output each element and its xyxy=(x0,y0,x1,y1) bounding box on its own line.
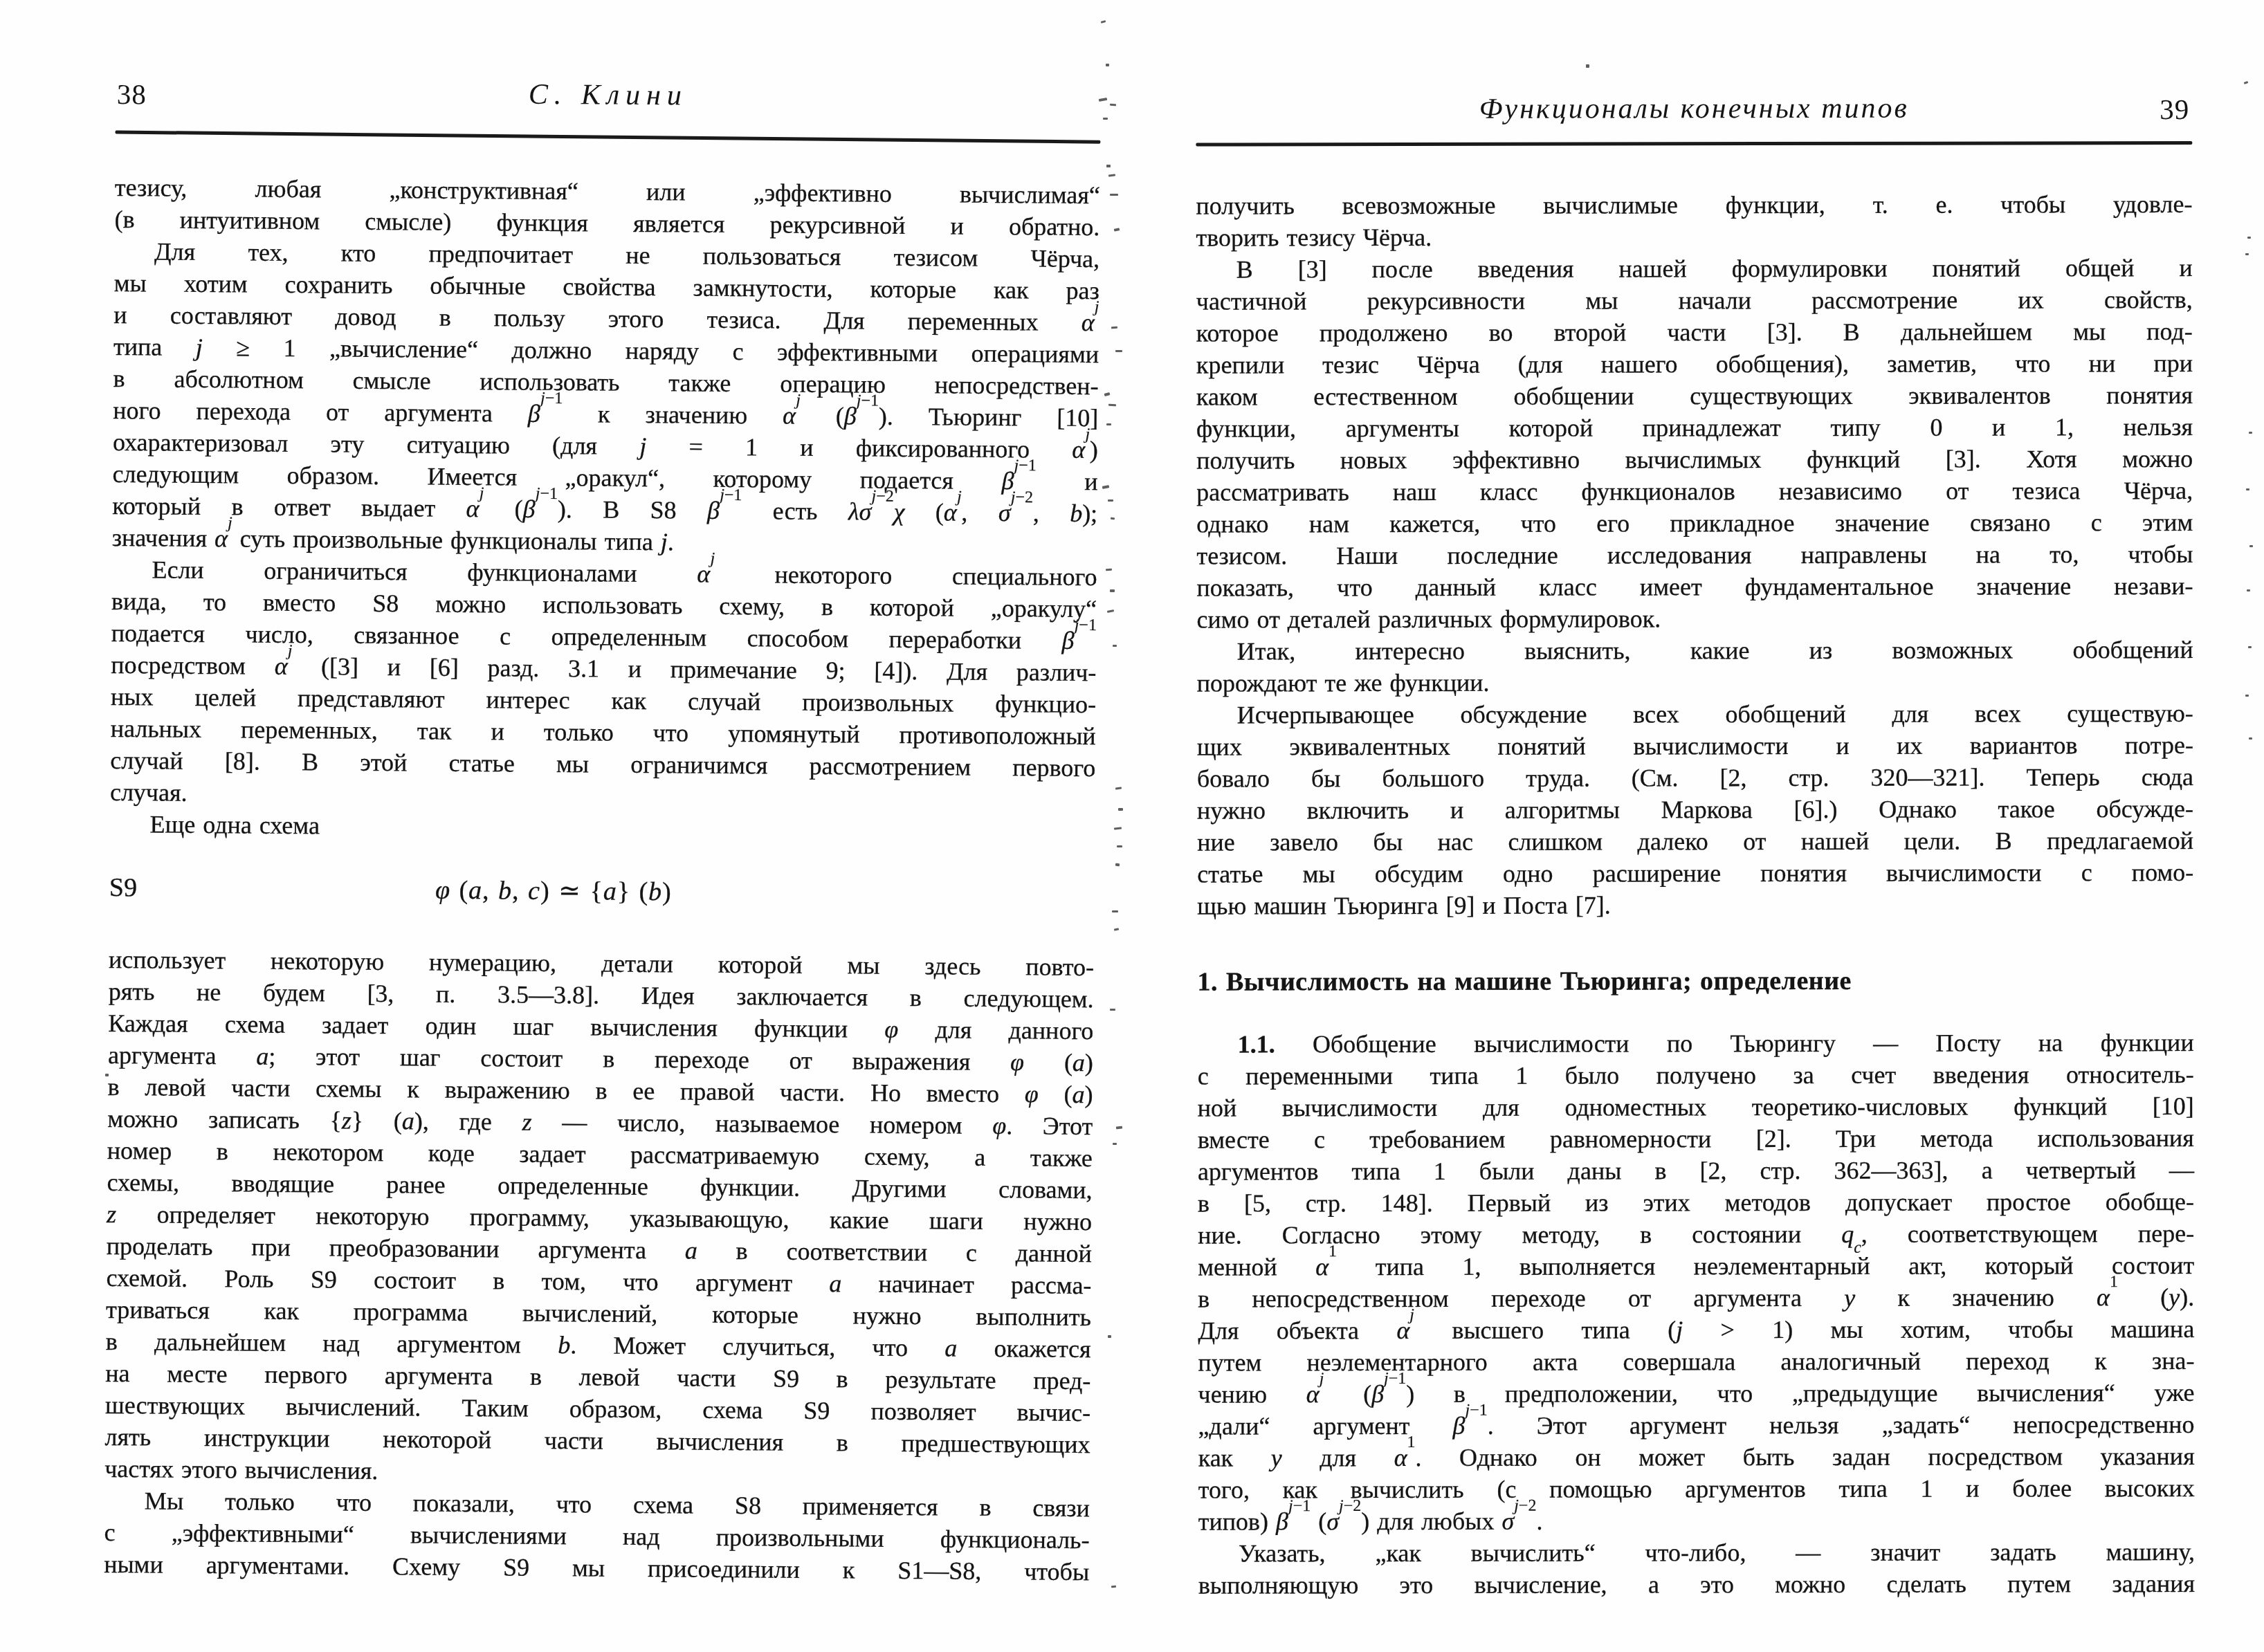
text-line: Для объекта αj высшего типа (j > 1) мы х… xyxy=(1198,1313,2194,1347)
scan-speck xyxy=(1099,98,1108,102)
scan-speck xyxy=(1114,228,1120,232)
right-page-body: получить всевозможные вычислимые функции… xyxy=(1196,188,2195,1601)
text-line: нужно включить и алгоритмы Маркова [6].)… xyxy=(1197,793,2193,827)
text-line: тезисом. Наши последние исследования нап… xyxy=(1196,538,2193,572)
text-line: порождают те же функции. xyxy=(1197,666,2193,699)
scan-speck xyxy=(1106,165,1111,167)
text-line: в [5, стр. 148]. Первый из этих методов … xyxy=(1198,1186,2194,1220)
text-line: в непосредственном переходе от аргумента… xyxy=(1198,1281,2194,1315)
scan-speck xyxy=(1112,910,1118,912)
right-page-header: Функционалы конечных типов 39 xyxy=(1196,0,2192,190)
text-line: однако нам кажется, что его прикладное з… xyxy=(1196,506,2193,540)
text-line: частичной рекурсивности мы начали рассмо… xyxy=(1196,284,2193,318)
page-number: 39 xyxy=(2160,93,2189,126)
scan-speck xyxy=(1114,827,1122,830)
text-line: симо от деталей различных формулировок. xyxy=(1197,602,2193,636)
scan-speck xyxy=(1113,1143,1117,1145)
header-rule xyxy=(115,131,1100,144)
schema-formula: φ (a, b, c) ≃ {a} (b) xyxy=(109,872,998,910)
text-line: вместе с требованием равномерности [2]. … xyxy=(1198,1122,2194,1156)
scan-speck xyxy=(2249,545,2253,547)
text-line: функции, аргументы которой принадлежат т… xyxy=(1196,411,2193,445)
text-line: путем неэлементарного акта совершала ана… xyxy=(1198,1345,2194,1379)
section-heading: 1. Вычислимость на машине Тьюринга; опре… xyxy=(1197,964,2193,998)
scan-speck xyxy=(2249,432,2252,434)
scan-speck xyxy=(1114,928,1119,930)
text-line: Исчерпывающее обсуждение всех обобщений … xyxy=(1197,697,2193,731)
scan-speck xyxy=(1106,569,1112,571)
text-line: с переменными типа 1 было получено за сч… xyxy=(1198,1058,2194,1092)
text-line: аргументов типа 1 были даны в [2, стр. 3… xyxy=(1198,1154,2194,1188)
scan-speck xyxy=(2247,237,2251,239)
text-line: ние. Согласно этому методу, в состоянии … xyxy=(1198,1218,2194,1251)
scan-speck xyxy=(1118,808,1123,811)
text-line: бовало бы большого труда. (См. [2, стр. … xyxy=(1197,761,2193,795)
text-line: менной α1 типа 1, выполняется неэлемента… xyxy=(1198,1249,2194,1283)
scan-speck xyxy=(1117,845,1122,847)
text-line: чению αj (βj−1) в предположении, что „пр… xyxy=(1198,1377,2194,1411)
text-line: показать, что данный класс имеет фундаме… xyxy=(1196,570,2193,604)
text-line: рассматривать наш класс функционалов нез… xyxy=(1196,475,2193,508)
scan-speck xyxy=(1115,863,1120,867)
text-line: В [3] после введения нашей формулировки … xyxy=(1196,252,2193,286)
text-line: „дали“ аргумент βj−1. Этот аргумент нель… xyxy=(1198,1408,2195,1442)
right-page: Функционалы конечных типов 39 получить в… xyxy=(1196,0,2195,1601)
running-head: С. Клини xyxy=(116,75,1101,116)
left-page: 38 С. Клини тезису, любая „конструктивна… xyxy=(104,0,1102,1588)
running-head: Функционалы конечных типов xyxy=(1196,91,2192,127)
scan-speck xyxy=(1113,645,1117,647)
text-line: ной вычислимости для одноместных теорети… xyxy=(1198,1090,2194,1124)
scan-speck xyxy=(1107,609,1114,613)
header-rule xyxy=(1196,141,2192,147)
scan-speck xyxy=(1106,64,1109,66)
book-scan: 38 С. Клини тезису, любая „конструктивна… xyxy=(0,0,2264,1652)
scan-speck xyxy=(1104,392,1111,396)
text-line: Итак, интересно выяснить, какие из возмо… xyxy=(1197,634,2193,668)
scan-speck xyxy=(2247,589,2250,591)
text-line: типов) βj−1 (σj−2) для любых σj−2. xyxy=(1198,1504,2195,1538)
text-line: щью машин Тьюринга [9] и Поста [7]. xyxy=(1197,888,2193,922)
text-line: Указать, „как вычислить“ что-либо, — зна… xyxy=(1198,1536,2195,1570)
scan-speck xyxy=(1108,174,1115,176)
scan-speck xyxy=(2244,81,2249,84)
scan-speck xyxy=(1111,1586,1116,1588)
scan-speck xyxy=(2245,695,2249,697)
scan-speck xyxy=(1586,64,1589,68)
scan-speck xyxy=(2248,646,2252,648)
scan-speck xyxy=(1110,1009,1115,1011)
text-line: каком естественном обобщении существующи… xyxy=(1196,379,2193,413)
scan-speck xyxy=(1108,404,1116,407)
scan-speck xyxy=(1111,327,1117,329)
scan-speck xyxy=(1116,1126,1122,1130)
text-line: как y для α1. Однако он может быть задан… xyxy=(1198,1440,2195,1474)
scan-speck xyxy=(105,1074,109,1076)
scan-speck xyxy=(1110,589,1115,592)
scan-speck xyxy=(1108,499,1113,502)
scan-speck xyxy=(1110,194,1118,196)
text-line: ными аргументами. Схему S9 мы присоедини… xyxy=(104,1548,1089,1588)
scan-speck xyxy=(1101,20,1106,24)
text-line: 1.1. Обобщение вычислимости по Тьюрингу … xyxy=(1198,1027,2194,1061)
text-line: выполняющую это вычисление, а это можно … xyxy=(1198,1568,2195,1601)
scan-speck xyxy=(1110,104,1116,107)
left-page-header: 38 С. Клини xyxy=(115,0,1102,179)
scan-speck xyxy=(2245,253,2249,255)
scan-speck xyxy=(2246,488,2249,490)
scan-speck xyxy=(1115,350,1122,352)
scan-speck xyxy=(1106,423,1111,425)
text-line: получить всевозможные вычислимые функции… xyxy=(1196,188,2192,222)
text-line: творить тезису Чёрча. xyxy=(1196,220,2193,254)
scan-speck xyxy=(1102,485,1110,489)
scan-speck xyxy=(1111,517,1115,520)
text-line: получить новых эффективно вычислимых фун… xyxy=(1196,443,2193,477)
text-line: статье мы обсудим одно расширение поняти… xyxy=(1197,856,2193,890)
scan-speck xyxy=(1103,118,1108,120)
schema-s9-row: S9φ (a, b, c) ≃ {a} (b) xyxy=(109,872,1095,911)
text-line: Еще одна схема xyxy=(109,808,1095,847)
text-line: щих эквивалентных понятий вычислимости и… xyxy=(1197,729,2193,763)
text-line: которое продолжено во второй части [3]. … xyxy=(1196,315,2193,349)
scan-speck xyxy=(1115,787,1122,789)
text-line: крепили тезис Чёрча (для нашего обобщени… xyxy=(1196,347,2193,381)
text-line: ние завело бы нас слишком далеко от наше… xyxy=(1197,825,2193,859)
left-page-body: тезису, любая „конструктивная“ или „эффе… xyxy=(104,172,1100,1588)
scan-speck xyxy=(2249,737,2252,740)
scan-speck xyxy=(1108,1335,1111,1338)
